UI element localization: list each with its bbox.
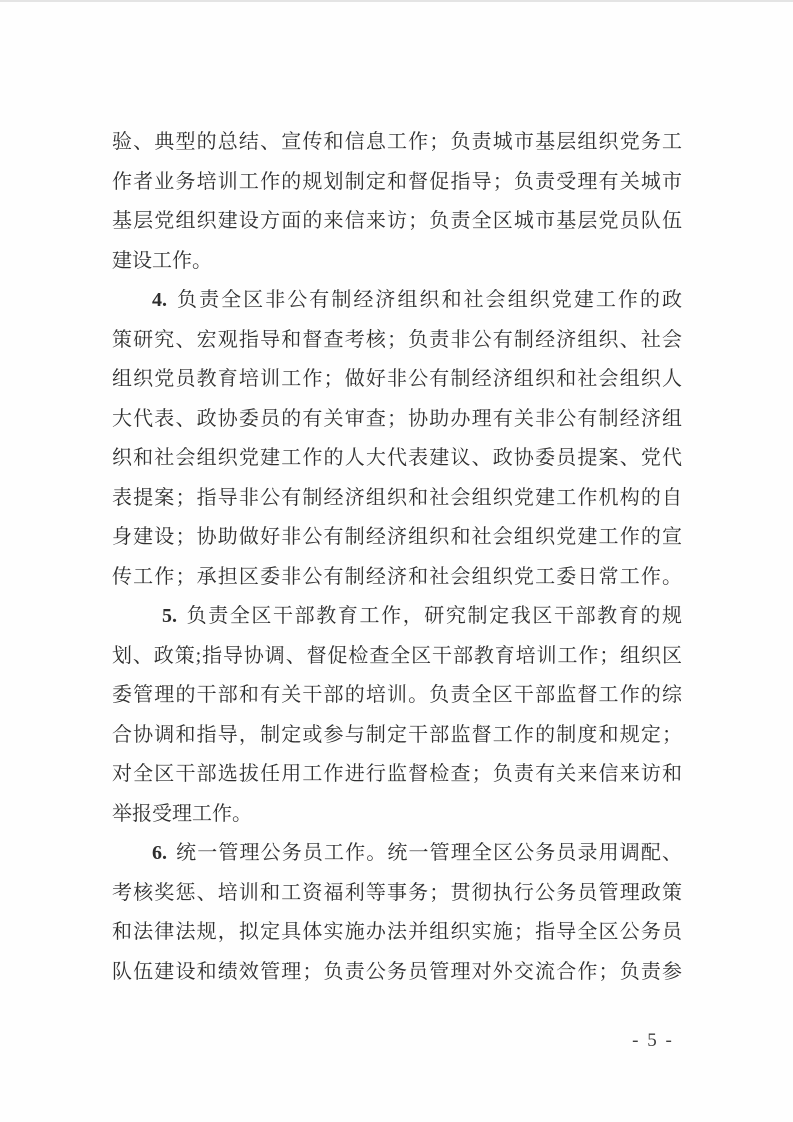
- text-line: 4.负责全区非公有制经济组织和社会组织党建工作的政: [112, 281, 682, 321]
- text-line: 传工作；承担区委非公有制经济和社会组织党工委日常工作。: [112, 558, 682, 598]
- page-number: - 5 -: [612, 1029, 694, 1053]
- text-line: 和法律法规，拟定具体实施办法并组织实施；指导全区公务员: [112, 913, 682, 953]
- text-line: 举报受理工作。: [112, 795, 682, 835]
- text-line: 队伍建设和绩效管理；负责公务员管理对外交流合作；负责参: [112, 953, 682, 993]
- line-text: 统一管理公务员工作。统一管理全区公务员录用调配、: [175, 842, 682, 864]
- text-line: 基层党组织建设方面的来信来访；负责全区城市基层党员队伍: [112, 202, 682, 242]
- text-line: 5.负责全区干部教育工作，研究制定我区干部教育的规: [112, 597, 682, 637]
- text-line: 作者业务培训工作的规划制定和督促指导；负责受理有关城市: [112, 163, 682, 203]
- paragraph-continuation: 验、典型的总结、宣传和信息工作；负责城市基层组织党务工 作者业务培训工作的规划制…: [112, 123, 682, 281]
- paragraph-item-4: 4.负责全区非公有制经济组织和社会组织党建工作的政 策研究、宏观指导和督查考核；…: [112, 281, 682, 597]
- item-number: 5.: [162, 605, 177, 627]
- text-line: 对全区干部选拔任用工作进行监督检查；负责有关来信来访和: [112, 755, 682, 795]
- text-line: 表提案；指导非公有制经济组织和社会组织党建工作机构的自: [112, 479, 682, 519]
- body-text-block: 验、典型的总结、宣传和信息工作；负责城市基层组织党务工 作者业务培训工作的规划制…: [112, 123, 682, 992]
- text-line: 考核奖惩、培训和工资福利等事务；贯彻执行公务员管理政策: [112, 874, 682, 914]
- text-line: 验、典型的总结、宣传和信息工作；负责城市基层组织党务工: [112, 123, 682, 163]
- item-number: 6.: [152, 842, 167, 864]
- item-number: 4.: [152, 289, 167, 311]
- text-line: 合协调和指导，制定或参与制定干部监督工作的制度和规定；: [112, 716, 682, 756]
- paragraph-item-6: 6.统一管理公务员工作。统一管理全区公务员录用调配、 考核奖惩、培训和工资福利等…: [112, 834, 682, 992]
- text-line: 织和社会组织党建工作的人大代表建议、政协委员提案、党代: [112, 439, 682, 479]
- text-line: 身建设；协助做好非公有制经济组织和社会组织党建工作的宣: [112, 518, 682, 558]
- line-text: 负责全区干部教育工作，研究制定我区干部教育的规: [185, 605, 682, 627]
- text-line: 划、政策;指导协调、督促检查全区干部教育培训工作；组织区: [112, 637, 682, 677]
- text-line: 大代表、政协委员的有关审查；协助办理有关非公有制经济组: [112, 400, 682, 440]
- text-line: 策研究、宏观指导和督查考核；负责非公有制经济组织、社会: [112, 321, 682, 361]
- paragraph-item-5: 5.负责全区干部教育工作，研究制定我区干部教育的规 划、政策;指导协调、督促检查…: [112, 597, 682, 834]
- text-line: 建设工作。: [112, 242, 682, 282]
- line-text: 负责全区非公有制经济组织和社会组织党建工作的政: [175, 289, 682, 311]
- text-line: 组织党员教育培训工作；做好非公有制经济组织和社会组织人: [112, 360, 682, 400]
- document-page: 验、典型的总结、宣传和信息工作；负责城市基层组织党务工 作者业务培训工作的规划制…: [0, 0, 793, 1122]
- text-line: 6.统一管理公务员工作。统一管理全区公务员录用调配、: [112, 834, 682, 874]
- text-line: 委管理的干部和有关干部的培训。负责全区干部监督工作的综: [112, 676, 682, 716]
